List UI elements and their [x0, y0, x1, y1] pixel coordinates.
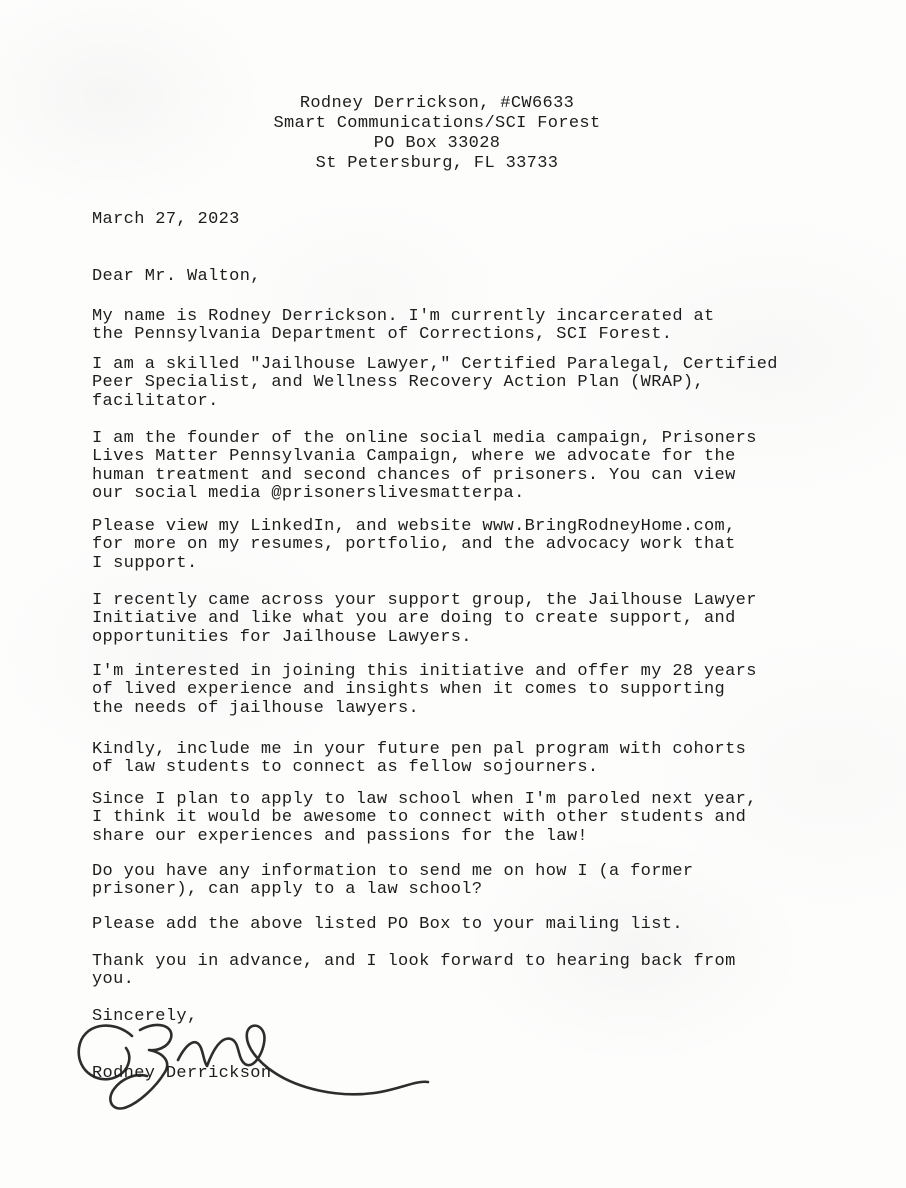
- signed-name: Rodney Derrickson: [92, 1065, 271, 1083]
- letter-paragraph: Thank you in advance, and I look forward…: [92, 953, 736, 990]
- sender-address-block: Rodney Derrickson, #CW6633 Smart Communi…: [0, 94, 890, 174]
- letter-paragraph: I'm interested in joining this initiativ…: [92, 663, 757, 718]
- salutation: Dear Mr. Walton,: [92, 268, 261, 286]
- letter-paragraph: I recently came across your support grou…: [92, 592, 757, 647]
- closing-salutation: Sincerely,: [92, 1008, 198, 1026]
- letter-paragraph: Please view my LinkedIn, and website www…: [92, 518, 736, 573]
- letter-date: March 27, 2023: [92, 211, 240, 229]
- letter-paragraph: My name is Rodney Derrickson. I'm curren…: [92, 308, 715, 345]
- letter-paragraph: I am a skilled "Jailhouse Lawyer," Certi…: [92, 356, 778, 411]
- letter-paragraph: Please add the above listed PO Box to yo…: [92, 916, 683, 934]
- letter-paragraph: I am the founder of the online social me…: [92, 430, 757, 504]
- scanned-letter-page: Rodney Derrickson, #CW6633 Smart Communi…: [0, 0, 906, 1188]
- letter-paragraph: Do you have any information to send me o…: [92, 863, 693, 900]
- letter-paragraph: Since I plan to apply to law school when…: [92, 791, 757, 846]
- letter-paragraph: Kindly, include me in your future pen pa…: [92, 741, 746, 778]
